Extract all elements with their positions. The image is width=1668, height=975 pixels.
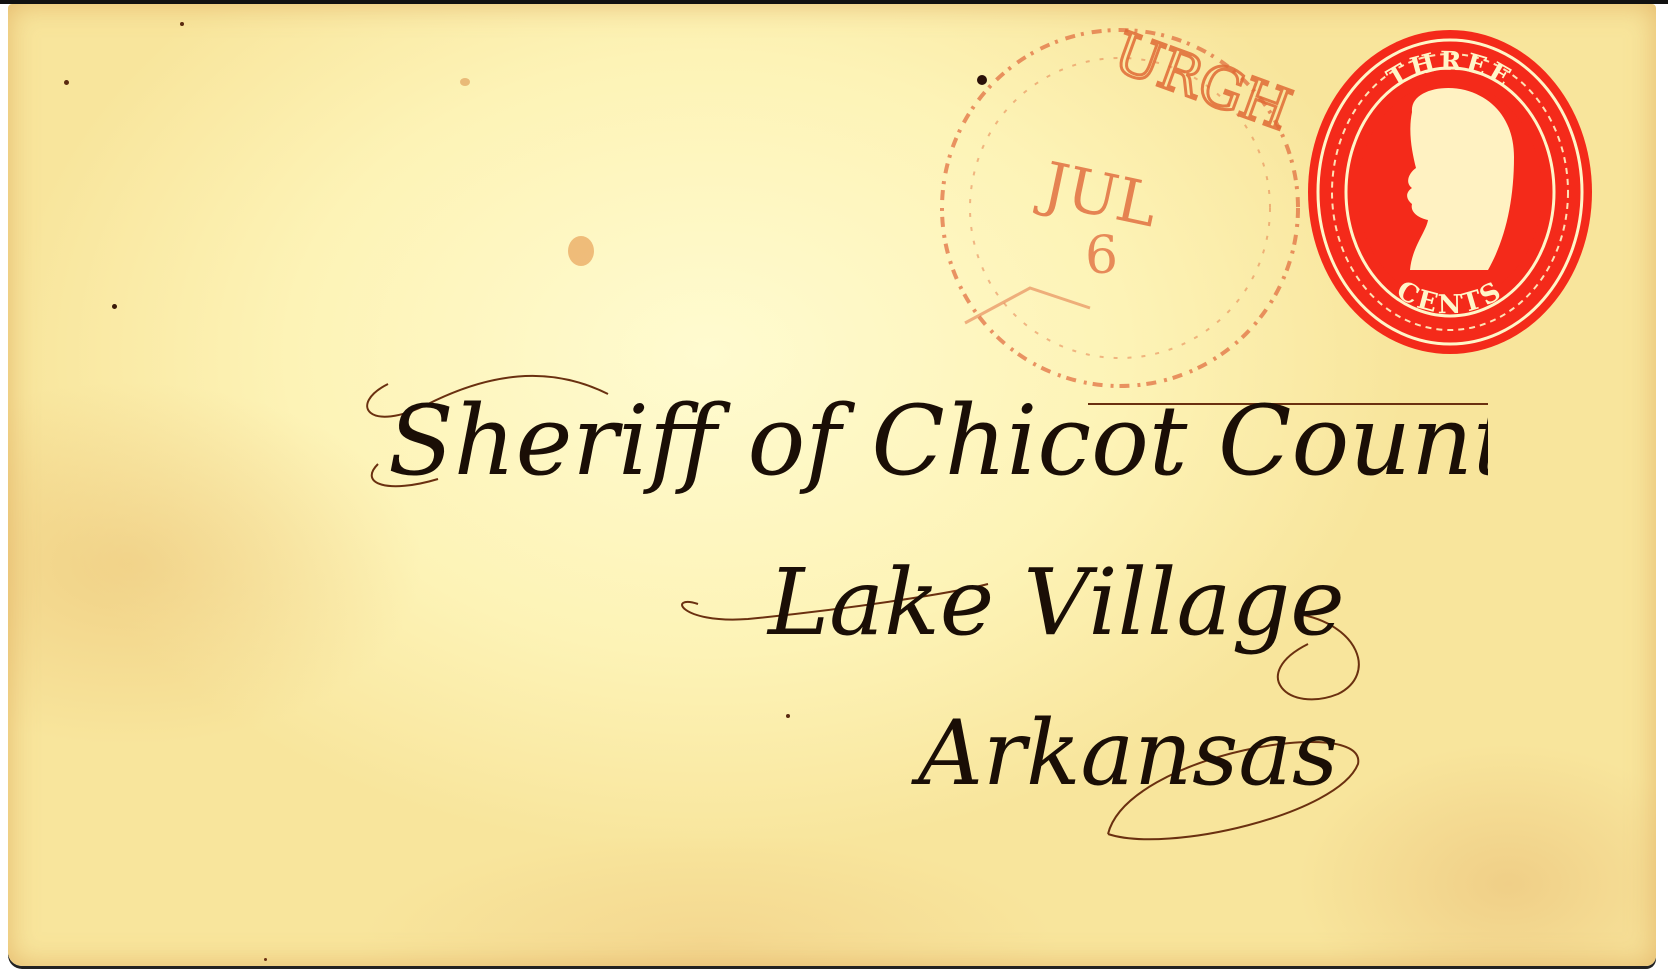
foxing-spot	[64, 80, 69, 85]
foxing-spot	[568, 236, 594, 266]
address-line-2: Lake Village	[766, 549, 1345, 656]
foxing-spot	[460, 78, 470, 86]
address-line-1: Sheriff of Chicot County	[388, 385, 1488, 497]
address-line-3: Arkansas	[911, 701, 1338, 806]
foxing-spot	[264, 958, 267, 961]
postmark-day: 6	[1085, 226, 1118, 286]
postmark-town-text: URGH	[1105, 20, 1299, 144]
portrait-bust-icon	[1407, 88, 1514, 270]
envelope: URGH JUL 6 THREE CENTS	[8, 4, 1656, 966]
foxing-spot	[112, 304, 117, 309]
address-block: Sheriff of Chicot County Lake Village Ar…	[348, 294, 1488, 914]
foxing-spot	[180, 22, 184, 26]
